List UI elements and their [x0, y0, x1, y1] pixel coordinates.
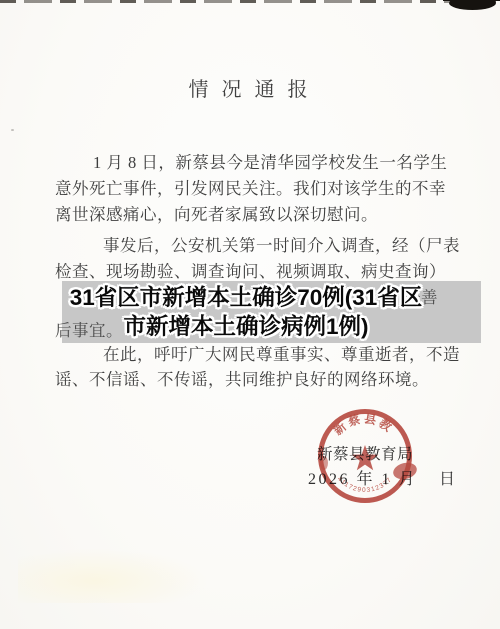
seal-smudge [391, 460, 418, 481]
notice-title: 情 况 通 报 [0, 73, 500, 102]
headline-line1: 31省区市新增本土确诊70例(31省区 [70, 283, 423, 312]
official-red-seal: 新蔡县教育局 4117290312377 [304, 395, 426, 517]
document-photo: { "notice": { "title": "情 况 通 报", "parag… [0, 0, 500, 629]
date-suffix: 日 [439, 466, 458, 489]
paragraph1-line3: 离世深感痛心，向死者家属致以深切慰问。 [55, 201, 453, 225]
paragraph2-line1: 事发后，公安机关第一时间介入调查，经（尸表 [55, 232, 500, 256]
paragraph2-line2: 检查、现场勘验、调查询问、视频调取、病史查询） [55, 258, 453, 282]
seal-smudge-left [320, 456, 328, 470]
paper-speck [11, 129, 14, 131]
ink-blot [449, 0, 496, 10]
paragraph3-line2: 谣、不信谣、不传谣，共同维护良好的网络环境。 [55, 366, 453, 390]
scan-edge-line [0, 0, 500, 3]
paragraph1-line2: 意外死亡事件，引发网民关注。我们对该学生的不幸 [55, 175, 453, 199]
paragraph1-line1: 1 月 8 日，新蔡县今是清华园学校发生一名学生 [55, 149, 491, 173]
seal-serial-number: 4117290312377 [336, 476, 394, 494]
headline-line2: 市新增本土确诊病例1例) [123, 312, 368, 341]
paper-smudge [18, 548, 208, 603]
seal-star-icon [352, 445, 379, 470]
paragraph3-line1: 在此，呼吁广大网民尊重事实、尊重逝者，不造 [55, 341, 500, 365]
news-headline-overlay: 31省区市新增本土确诊70例(31省区 市新增本土确诊病例1例) [62, 281, 430, 343]
